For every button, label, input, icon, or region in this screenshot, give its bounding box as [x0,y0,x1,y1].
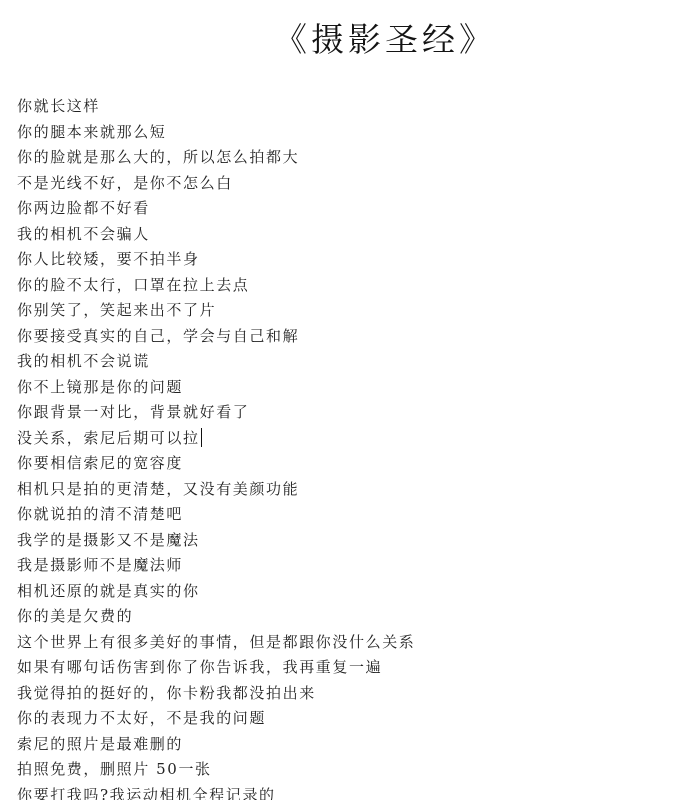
text-line: 你就说拍的清不清楚吧 [17,502,415,528]
text-line: 我学的是摄影又不是魔法 [17,528,415,554]
text-line: 我的相机不会说谎 [17,349,415,375]
line-text: 相机还原的就是真实的你 [17,582,200,600]
text-line: 相机只是拍的更清楚，又没有美颜功能 [17,477,415,503]
text-line: 你的表现力不太好，不是我的问题 [17,706,415,732]
text-line: 这个世界上有很多美好的事情，但是都跟你没什么关系 [17,630,415,656]
text-line: 你要接受真实的自己，学会与自己和解 [17,324,415,350]
text-line: 你的腿本来就那么短 [17,120,415,146]
line-text: 你的美是欠费的 [17,607,133,625]
line-text: 没关系，索尼后期可以拉 [17,429,200,447]
text-line: 我是摄影师不是魔法师 [17,553,415,579]
text-line: 我觉得拍的挺好的，你卡粉我都没拍出来 [17,681,415,707]
line-text: 我的相机不会骗人 [17,225,150,243]
line-text: 拍照免费，删照片 50一张 [17,760,212,778]
line-text: 你要相信索尼的宽容度 [17,454,183,472]
text-line: 不是光线不好，是你不怎么白 [17,171,415,197]
text-line: 相机还原的就是真实的你 [17,579,415,605]
line-text: 相机只是拍的更清楚，又没有美颜功能 [17,480,299,498]
line-text: 这个世界上有很多美好的事情，但是都跟你没什么关系 [17,633,415,651]
line-text: 索尼的照片是最难删的 [17,735,183,753]
line-text: 你跟背景一对比，背景就好看了 [17,403,249,421]
line-text: 你要接受真实的自己，学会与自己和解 [17,327,299,345]
text-cursor [201,428,202,447]
line-text: 你的脸不太行，口罩在拉上去点 [17,276,249,294]
text-line: 索尼的照片是最难删的 [17,732,415,758]
text-line: 我的相机不会骗人 [17,222,415,248]
line-text: 你的腿本来就那么短 [17,123,166,141]
text-line: 没关系，索尼后期可以拉 [17,426,415,452]
line-text: 你就说拍的清不清楚吧 [17,505,183,523]
text-line: 你不上镜那是你的问题 [17,375,415,401]
text-line: 你的美是欠费的 [17,604,415,630]
line-text: 我学的是摄影又不是魔法 [17,531,200,549]
text-line: 你人比较矮，要不拍半身 [17,247,415,273]
line-text: 你就长这样 [17,97,100,115]
line-text: 不是光线不好，是你不怎么白 [17,174,233,192]
text-line: 如果有哪句话伤害到你了你告诉我，我再重复一遍 [17,655,415,681]
line-text: 你人比较矮，要不拍半身 [17,250,200,268]
text-line: 你要打我吗?我运动相机全程记录的 [17,783,415,800]
line-text: 我觉得拍的挺好的，你卡粉我都没拍出来 [17,684,316,702]
text-line: 你跟背景一对比，背景就好看了 [17,400,415,426]
line-text: 我的相机不会说谎 [17,352,150,370]
line-text: 如果有哪句话伤害到你了你告诉我，我再重复一遍 [17,658,382,676]
line-text: 我是摄影师不是魔法师 [17,556,183,574]
text-line: 你的脸就是那么大的，所以怎么拍都大 [17,145,415,171]
text-line: 你就长这样 [17,94,415,120]
text-line: 拍照免费，删照片 50一张 [17,757,415,783]
line-text: 你的脸就是那么大的，所以怎么拍都大 [17,148,299,166]
document-body[interactable]: 你就长这样 你的腿本来就那么短 你的脸就是那么大的，所以怎么拍都大 不是光线不好… [17,94,415,800]
text-line: 你要相信索尼的宽容度 [17,451,415,477]
line-text: 你的表现力不太好，不是我的问题 [17,709,266,727]
text-line: 你两边脸都不好看 [17,196,415,222]
line-text: 你别笑了，笑起来出不了片 [17,301,216,319]
document-title: 《摄影圣经》 [270,18,500,62]
line-text: 你要打我吗?我运动相机全程记录的 [17,786,276,800]
line-text: 你不上镜那是你的问题 [17,378,183,396]
line-text: 你两边脸都不好看 [17,199,150,217]
text-line: 你别笑了，笑起来出不了片 [17,298,415,324]
text-line: 你的脸不太行，口罩在拉上去点 [17,273,415,299]
